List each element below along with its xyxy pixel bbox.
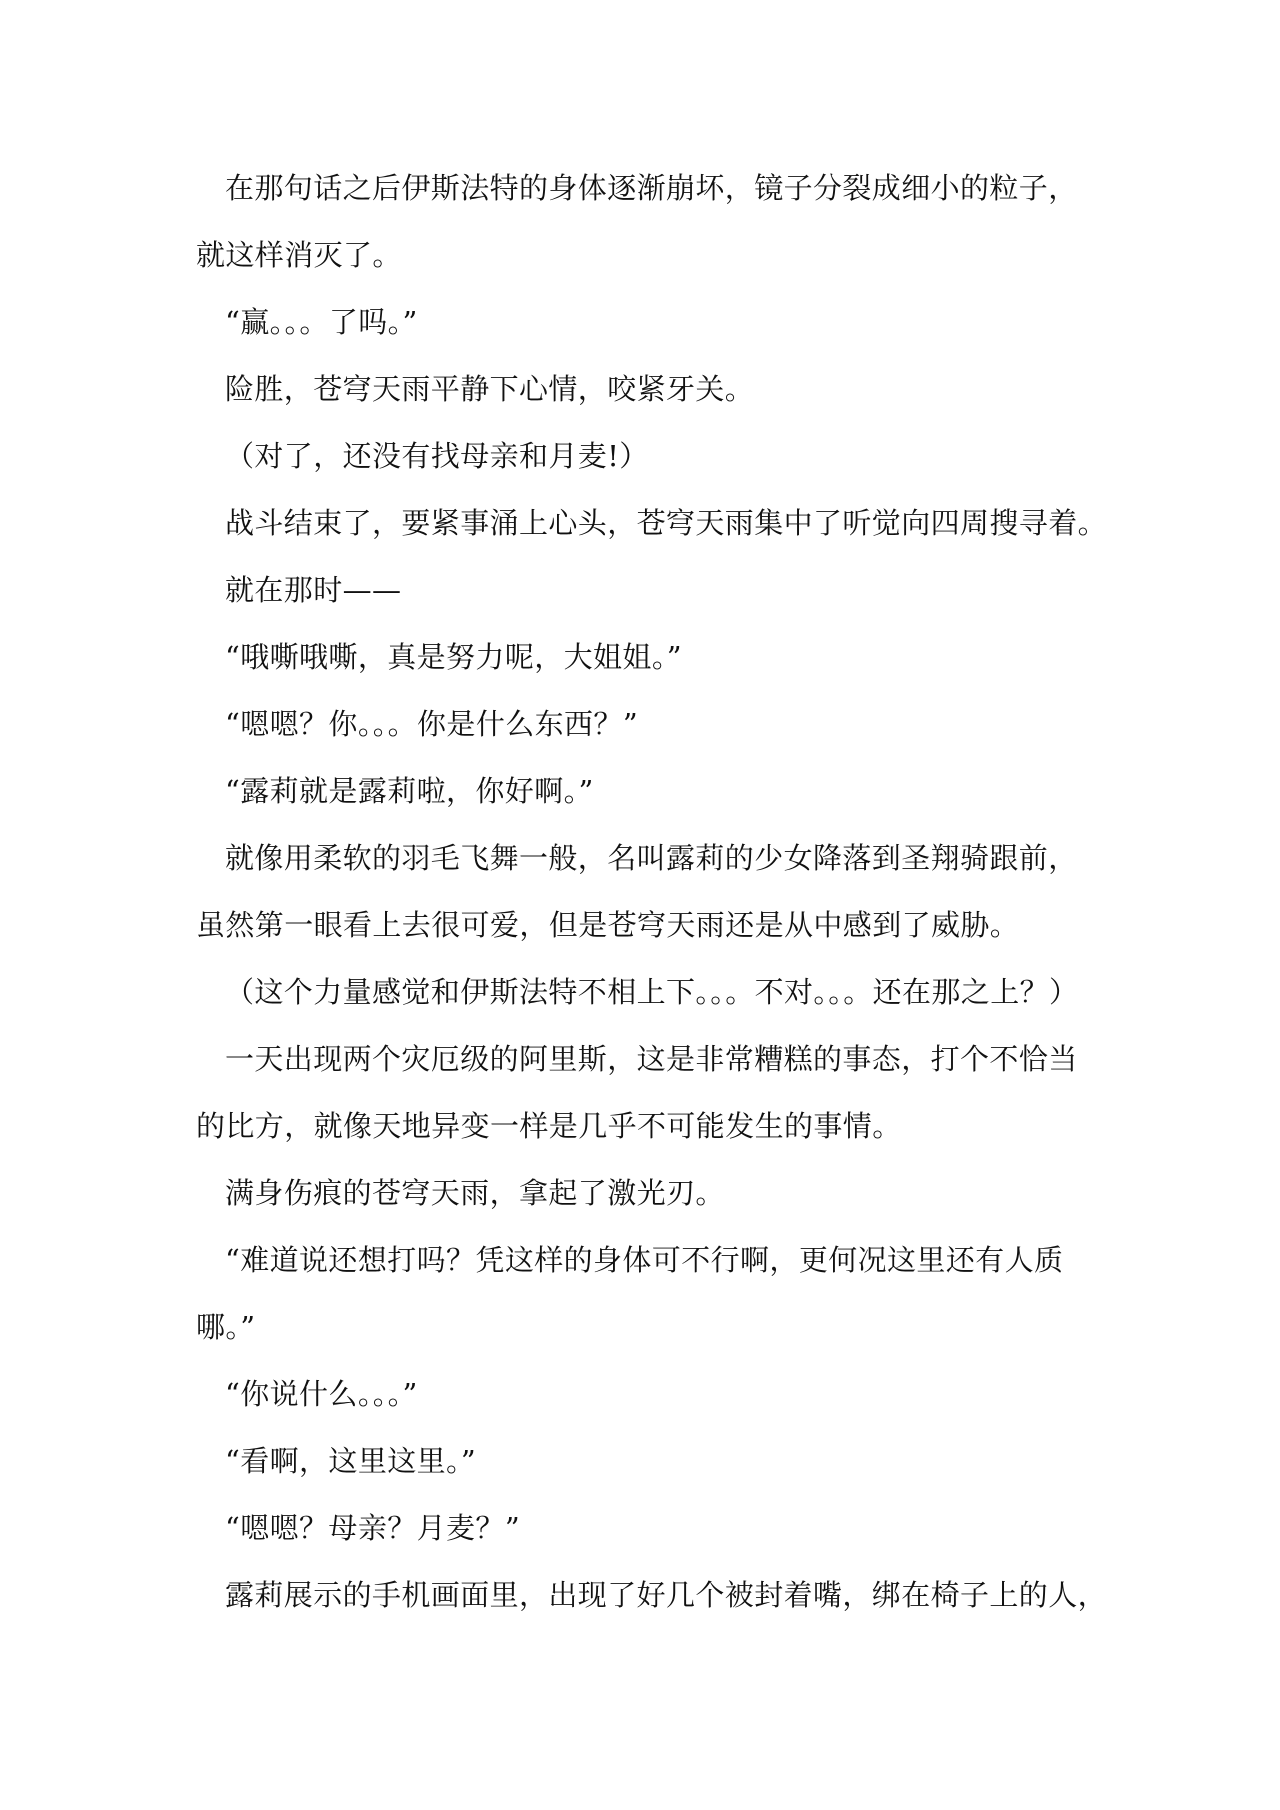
text-line: 露莉展示的手机画面里，出现了好几个被封着嘴，绑在椅子上的人， xyxy=(196,1572,1096,1639)
dialogue-line: “嗯嗯？你。。。你是什么东西？” xyxy=(196,701,1096,768)
text-line: 就在那时—— xyxy=(196,567,1096,634)
text-line: 险胜，苍穹天雨平静下心情，咬紧牙关。 xyxy=(196,366,1096,433)
thought-line: （对了，还没有找母亲和月麦!） xyxy=(196,433,1096,500)
thought-line: （这个力量感觉和伊斯法特不相上下。。。不对。。。还在那之上？） xyxy=(196,969,1096,1036)
text-line: 就像用柔软的羽毛飞舞一般，名叫露莉的少女降落到圣翔骑跟前， xyxy=(196,835,1096,902)
dialogue-line: 哪。” xyxy=(196,1304,1096,1371)
text-line: 满身伤痕的苍穹天雨，拿起了激光刃。 xyxy=(196,1170,1096,1237)
text-line: 的比方，就像天地异变一样是几乎不可能发生的事情。 xyxy=(196,1103,1096,1170)
dialogue-line: “哦嘶哦嘶，真是努力呢，大姐姐。” xyxy=(196,634,1096,701)
dialogue-line: “嗯嗯？母亲？月麦？” xyxy=(196,1505,1096,1572)
text-line: 就这样消灭了。 xyxy=(196,232,1096,299)
dialogue-line: “你说什么。。。” xyxy=(196,1371,1096,1438)
text-line: 战斗结束了，要紧事涌上心头，苍穹天雨集中了听觉向四周搜寻着。 xyxy=(196,500,1096,567)
dialogue-line: “露莉就是露莉啦，你好啊。” xyxy=(196,768,1096,835)
dialogue-line: “赢。。。了吗。” xyxy=(196,299,1096,366)
dialogue-line: “看啊，这里这里。” xyxy=(196,1438,1096,1505)
text-line: 一天出现两个灾厄级的阿里斯，这是非常糟糕的事态，打个不恰当 xyxy=(196,1036,1096,1103)
document-page: 在那句话之后伊斯法特的身体逐渐崩坏，镜子分裂成细小的粒子， 就这样消灭了。 “赢… xyxy=(196,165,1096,1639)
text-line: 虽然第一眼看上去很可爱，但是苍穹天雨还是从中感到了威胁。 xyxy=(196,902,1096,969)
text-line: 在那句话之后伊斯法特的身体逐渐崩坏，镜子分裂成细小的粒子， xyxy=(196,165,1096,232)
dialogue-line: “难道说还想打吗？凭这样的身体可不行啊，更何况这里还有人质 xyxy=(196,1237,1096,1304)
